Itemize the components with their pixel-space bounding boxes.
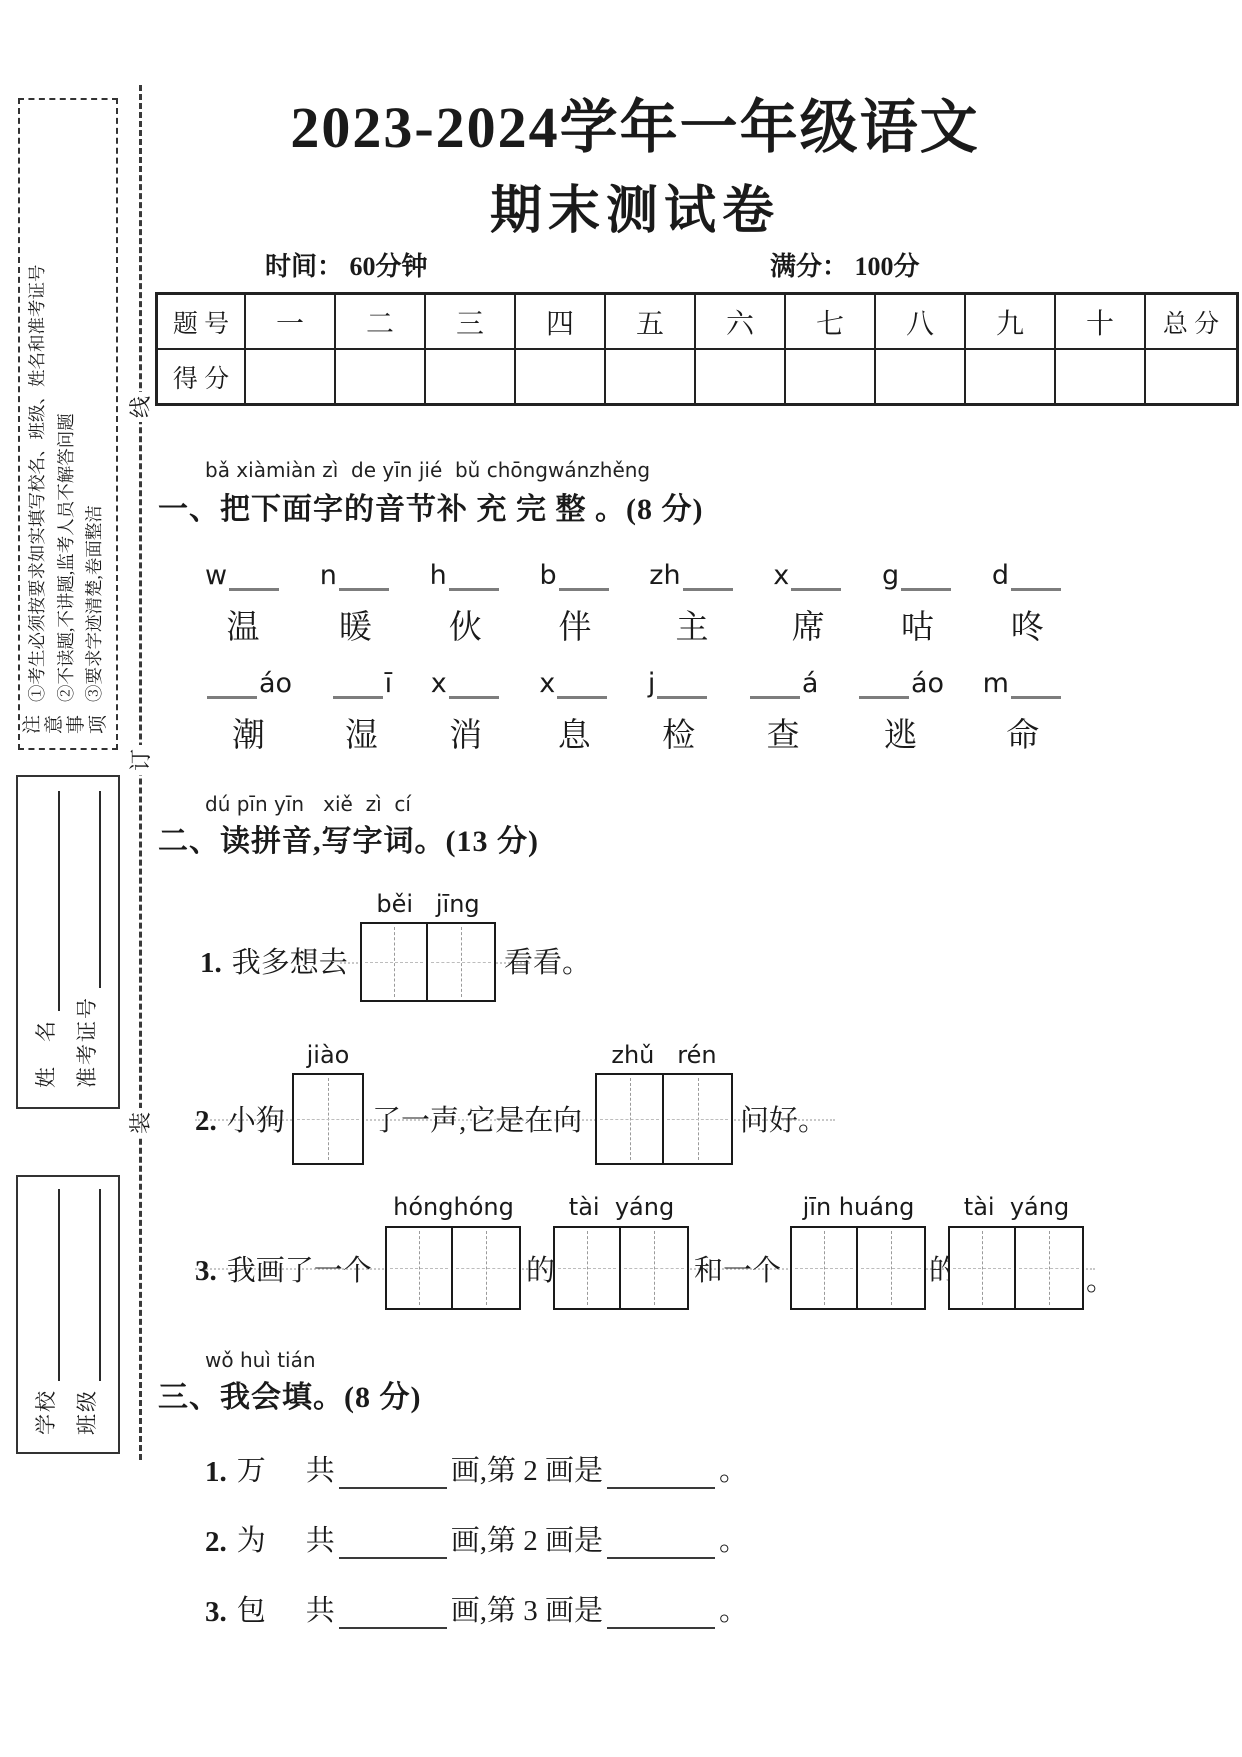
mid-text: 画,第 2 画是 <box>451 1518 603 1559</box>
lead-text: 共 <box>306 1588 335 1629</box>
stroke-item: 3. 包 共 画,第 3 画是 。 <box>205 1588 748 1629</box>
score-cell <box>336 350 426 403</box>
blank-line <box>339 556 389 591</box>
class-blank-line <box>95 1189 101 1381</box>
blank-line <box>339 1621 447 1629</box>
initial: g <box>882 560 899 591</box>
initial: w <box>205 560 227 591</box>
blank-line <box>791 556 841 591</box>
score-table: 题 号 一 二 三 四 五 六 七 八 九 十 总 分 得 分 <box>155 292 1239 406</box>
syllable-item: ī湿 <box>331 664 393 756</box>
blank-line <box>229 556 279 591</box>
writing-cell <box>790 1226 858 1310</box>
blank-line <box>449 664 499 699</box>
writing-cell <box>428 922 496 1002</box>
initial: zh <box>649 560 680 591</box>
end-text: 。 <box>719 1448 748 1489</box>
syllable-item: j检 <box>648 664 710 756</box>
score-cell <box>1056 350 1146 403</box>
initial: m <box>983 668 1009 699</box>
hanzi: 咕 <box>901 601 934 648</box>
initial: h <box>430 560 447 591</box>
syllable-item: x席 <box>773 556 843 648</box>
initial: x <box>431 668 447 699</box>
name-id-box: 姓 名 准考证号 <box>16 775 120 1109</box>
blank-line <box>657 664 707 699</box>
writing-grid <box>595 1073 733 1165</box>
blank-line <box>901 556 951 591</box>
writing-grid <box>385 1226 521 1310</box>
hanzi: 万 <box>237 1448 266 1489</box>
item-2-text-after: 问好。 <box>740 1098 827 1139</box>
score-col-1: 一 <box>246 295 336 350</box>
notice-label: 注意事项 <box>22 710 109 734</box>
item-number: 2. <box>205 1526 227 1559</box>
binding-char-ding: 订 <box>124 745 154 775</box>
initial: n <box>320 560 337 591</box>
school-blank-line <box>54 1189 60 1381</box>
hanzi: 伙 <box>449 601 482 648</box>
hanzi: 检 <box>662 709 695 756</box>
pinyin-label: jiào <box>292 1041 364 1069</box>
item-3-text-mid1: 的 <box>526 1248 555 1289</box>
syllable-item: w温 <box>205 556 281 648</box>
writing-grid <box>948 1226 1084 1310</box>
score-col-3: 三 <box>426 295 516 350</box>
writing-cell <box>1016 1226 1084 1310</box>
writing-cell <box>858 1226 926 1310</box>
initial: j <box>648 668 656 699</box>
blank-line <box>333 664 383 699</box>
score-col-8: 八 <box>876 295 966 350</box>
item-2-text-mid: 了一声,它是在向 <box>372 1098 582 1139</box>
writing-cell <box>595 1073 664 1165</box>
hanzi: 湿 <box>345 709 378 756</box>
school-class-box: 学校 班级 <box>16 1175 120 1454</box>
hanzi: 咚 <box>1011 601 1044 648</box>
hanzi: 伴 <box>559 601 592 648</box>
writing-cell <box>553 1226 621 1310</box>
mid-text: 画,第 3 画是 <box>451 1588 603 1629</box>
item-number: 3. <box>205 1596 227 1629</box>
syllable-item: g咕 <box>882 556 953 648</box>
mid-text: 画,第 2 画是 <box>451 1448 603 1489</box>
score-col-9: 九 <box>966 295 1056 350</box>
score-cell <box>696 350 786 403</box>
score-col-10: 十 <box>1056 295 1146 350</box>
initial: x <box>773 560 789 591</box>
section2-pinyin-hint: dú pīn yīn xiě zì cí <box>205 792 411 816</box>
score-cell <box>516 350 606 403</box>
section1-pinyin-hint: bǎ xiàmiàn zì de yīn jié bǔ chōngwánzhěn… <box>205 458 650 482</box>
score-cell <box>426 350 516 403</box>
item-3-text: 3.我画了一个 <box>195 1248 372 1289</box>
hanzi: 命 <box>1006 709 1039 756</box>
syllable-item: zh主 <box>649 556 734 648</box>
section2-heading: 二、读拼音,写字词。(13 分) <box>158 816 539 860</box>
blank-line <box>1011 556 1061 591</box>
blank-line <box>750 664 800 699</box>
blank-line <box>557 664 607 699</box>
writing-cell <box>621 1226 689 1310</box>
blank-line <box>607 1551 715 1559</box>
syllable-item: n暖 <box>320 556 391 648</box>
final: áo <box>259 668 292 699</box>
full-score: 满分： 100分 <box>770 246 920 283</box>
stroke-item: 1. 万 共 画,第 2 画是 。 <box>205 1448 748 1489</box>
item-1-text-after: 看看。 <box>504 940 591 981</box>
hanzi: 席 <box>792 601 825 648</box>
item-number: 3. <box>195 1255 217 1287</box>
item-2-text: 2.小狗 <box>195 1098 285 1139</box>
item-number: 1. <box>205 1456 227 1489</box>
blank-line <box>607 1621 715 1629</box>
syllable-item: m命 <box>983 664 1063 756</box>
paper-title: 2023-2024学年一年级语文 <box>160 80 1110 164</box>
binding-char-zhuang: 装 <box>124 1108 154 1138</box>
hanzi: 主 <box>675 601 708 648</box>
stroke-item: 2. 为 共 画,第 2 画是 。 <box>205 1518 748 1559</box>
notice-line-1: ①考生必须按要求如实填写校名、班级、姓名和准考证号 <box>23 100 52 702</box>
writing-grid <box>553 1226 689 1310</box>
syllable-item: h伙 <box>430 556 501 648</box>
syllable-item: áo潮 <box>205 664 292 756</box>
pinyin-label: jīn huáng <box>790 1193 927 1221</box>
notice-box: 注意事项 ①考生必须按要求如实填写校名、班级、姓名和准考证号 ②不读题,不讲题,… <box>18 98 118 750</box>
hanzi: 潮 <box>232 709 265 756</box>
school-label: 学校 <box>30 1389 60 1435</box>
writing-grid <box>790 1226 926 1310</box>
section3-pinyin-hint: wǒ huì tián <box>205 1348 316 1372</box>
exam-paper: 线 订 装 注意事项 ①考生必须按要求如实填写校名、班级、姓名和准考证号 ②不读… <box>0 0 1242 1757</box>
score-cell <box>246 350 336 403</box>
hanzi: 消 <box>449 709 482 756</box>
syllable-row-1: w温 n暖 h伙 b伴 zh主 x席 g咕 d咚 <box>205 556 1063 648</box>
syllable-item: á查 <box>748 664 819 756</box>
score-table-corner: 题 号 <box>158 295 246 350</box>
lead-text: 共 <box>306 1448 335 1489</box>
pinyin-label: zhǔ rén <box>595 1041 733 1069</box>
pinyin-label: tài yáng <box>948 1193 1085 1221</box>
item-1-text: 1.我多想去 <box>200 940 348 981</box>
binding-char-xian: 线 <box>124 392 154 422</box>
writing-cell <box>360 922 428 1002</box>
writing-cell <box>292 1073 364 1165</box>
hanzi: 温 <box>227 601 260 648</box>
syllable-item: x息 <box>539 664 609 756</box>
hanzi: 逃 <box>884 709 917 756</box>
blank-line <box>207 664 257 699</box>
writing-cell <box>664 1073 733 1165</box>
hanzi: 查 <box>767 709 800 756</box>
item-3-text-after: 。 <box>1086 1258 1115 1299</box>
blank-line <box>449 556 499 591</box>
writing-cell <box>948 1226 1016 1310</box>
initial: d <box>992 560 1009 591</box>
hanzi: 暖 <box>339 601 372 648</box>
score-col-total: 总 分 <box>1146 295 1236 350</box>
hanzi: 为 <box>237 1518 266 1559</box>
pinyin-label: tài yáng <box>553 1193 690 1221</box>
blank-line <box>607 1481 715 1489</box>
notice-line-3: ③要求字迹清楚,卷面整洁 <box>80 100 109 702</box>
syllable-item: x消 <box>431 664 501 756</box>
class-label: 班级 <box>71 1389 101 1435</box>
blank-line <box>339 1551 447 1559</box>
writing-cell <box>453 1226 521 1310</box>
blank-line <box>1011 664 1061 699</box>
score-row-label: 得 分 <box>158 350 246 403</box>
name-label: 姓 名 <box>30 1019 60 1088</box>
blank-line <box>683 556 733 591</box>
syllable-row-2: áo潮 ī湿 x消 x息 j检 á查 áo逃 m命 <box>205 664 1063 756</box>
syllable-item: b伴 <box>539 556 610 648</box>
final: á <box>802 668 819 699</box>
writing-grid <box>360 922 496 1002</box>
score-col-5: 五 <box>606 295 696 350</box>
section3-heading: 三、我会填。(8 分) <box>158 1372 421 1416</box>
name-blank-line <box>54 791 60 1011</box>
end-text: 。 <box>719 1588 748 1629</box>
score-col-2: 二 <box>336 295 426 350</box>
initial: b <box>539 560 556 591</box>
notice-line-2: ②不读题,不讲题,监考人员不解答问题 <box>52 100 81 702</box>
blank-line <box>339 1481 447 1489</box>
item-3-text-mid2: 和一个 <box>694 1248 781 1289</box>
paper-subtitle: 期末测试卷 <box>160 168 1110 243</box>
time-limit: 时间： 60分钟 <box>265 246 428 283</box>
score-col-7: 七 <box>786 295 876 350</box>
pinyin-label: běi jīng <box>360 890 496 918</box>
writing-grid <box>292 1073 364 1165</box>
blank-line <box>559 556 609 591</box>
section1-heading: 一、把下面字的音节补 充 完 整 。(8 分) <box>158 484 703 528</box>
item-number: 2. <box>195 1105 217 1137</box>
writing-cell <box>385 1226 453 1310</box>
pinyin-label: hónghóng <box>385 1193 522 1221</box>
exam-id-label: 准考证号 <box>71 996 101 1088</box>
score-cell <box>1146 350 1236 403</box>
score-cell <box>606 350 696 403</box>
initial: x <box>539 668 555 699</box>
lead-text: 共 <box>306 1518 335 1559</box>
final: áo <box>911 668 944 699</box>
score-cell <box>966 350 1056 403</box>
hanzi: 息 <box>558 709 591 756</box>
end-text: 。 <box>719 1518 748 1559</box>
score-cell <box>876 350 966 403</box>
hanzi: 包 <box>237 1588 266 1629</box>
score-col-6: 六 <box>696 295 786 350</box>
score-col-4: 四 <box>516 295 606 350</box>
blank-line <box>859 664 909 699</box>
final: ī <box>385 668 393 699</box>
syllable-item: áo逃 <box>857 664 944 756</box>
syllable-item: d咚 <box>992 556 1063 648</box>
exam-id-blank-line <box>95 791 101 988</box>
item-number: 1. <box>200 947 222 979</box>
score-cell <box>786 350 876 403</box>
